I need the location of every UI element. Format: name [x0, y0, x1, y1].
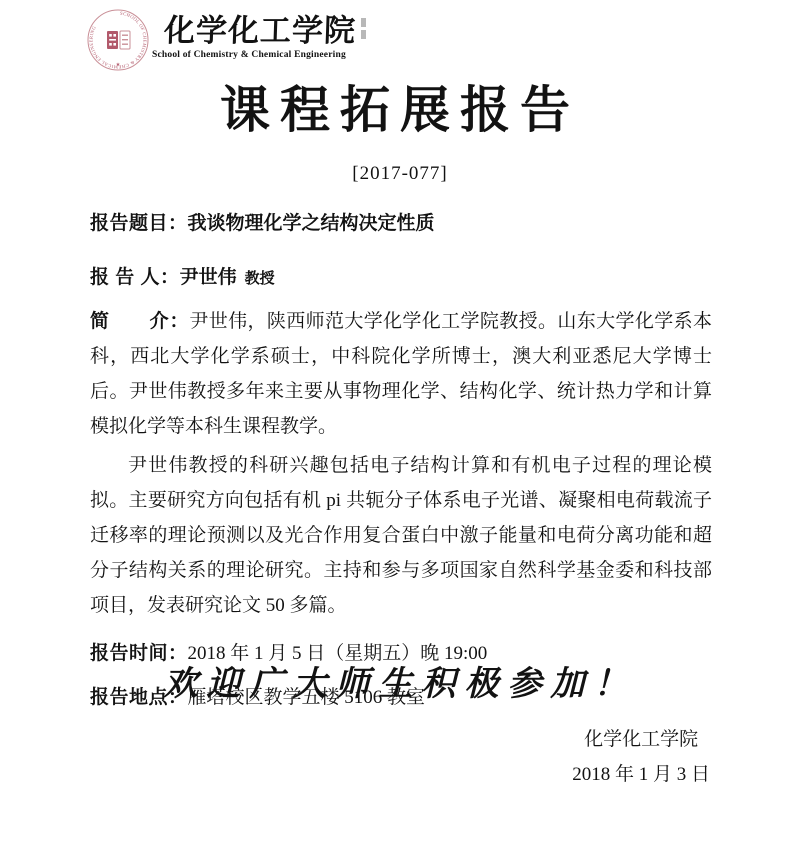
school-name-en: School of Chemistry & Chemical Engineeri… [152, 50, 366, 60]
document-title: 课程拓展报告 [0, 82, 800, 138]
school-logo-header: SCHOOL OF CHEMISTRY & CHEMICAL ENGINEERI… [86, 8, 366, 72]
speaker-label: 报 告 人： [90, 267, 180, 288]
school-name-block: 化学化工学院 School of Chemistry & Chemical En… [152, 8, 366, 60]
topic-row: 报告题目：我谈物理化学之结构决定性质 [90, 208, 712, 235]
seal-ring-text: SCHOOL OF CHEMISTRY & CHEMICAL ENGINEERI… [88, 11, 147, 70]
speaker-row: 报 告 人：尹世伟教授 [90, 262, 712, 289]
footer-signature: 化学化工学院 2018 年 1 月 3 日 [572, 722, 710, 792]
topic-value: 我谈物理化学之结构决定性质 [188, 213, 435, 234]
intro-label: 简 介： [90, 311, 189, 332]
seal-star-icon: ★ [116, 62, 121, 68]
speaker-intro: 简 介：尹世伟，陕西师范大学化学化工学院教授。山东大学化学系本科，西北大学化学系… [90, 304, 712, 623]
intro-paragraph-1: 简 介：尹世伟，陕西师范大学化学化工学院教授。山东大学化学系本科，西北大学化学系… [90, 304, 712, 444]
footer-org: 化学化工学院 [572, 722, 710, 757]
calligraphy-mark [361, 18, 366, 42]
topic-label: 报告题目： [90, 213, 188, 234]
school-seal-icon: SCHOOL OF CHEMISTRY & CHEMICAL ENGINEERI… [86, 8, 150, 72]
school-name-zh: 化学化工学院 [163, 14, 356, 48]
report-details: 报告题目：我谈物理化学之结构决定性质 报 告 人：尹世伟教授 简 介：尹世伟，陕… [90, 208, 712, 709]
footer-date: 2018 年 1 月 3 日 [572, 757, 710, 792]
welcome-line: 欢迎广大师生积极参加！ [0, 656, 800, 705]
intro-paragraph-2: 尹世伟教授的科研兴趣包括电子结构计算和有机电子过程的理论模拟。主要研究方向包括有… [90, 448, 712, 623]
document-page: SCHOOL OF CHEMISTRY & CHEMICAL ENGINEERI… [0, 0, 800, 845]
speaker-title: 教授 [245, 270, 275, 287]
svg-text:SCHOOL OF CHEMISTRY & CHEMICAL: SCHOOL OF CHEMISTRY & CHEMICAL ENGINEERI… [88, 11, 147, 70]
speaker-name: 尹世伟 [180, 267, 237, 288]
serial-number: [2017-077] [0, 163, 800, 185]
